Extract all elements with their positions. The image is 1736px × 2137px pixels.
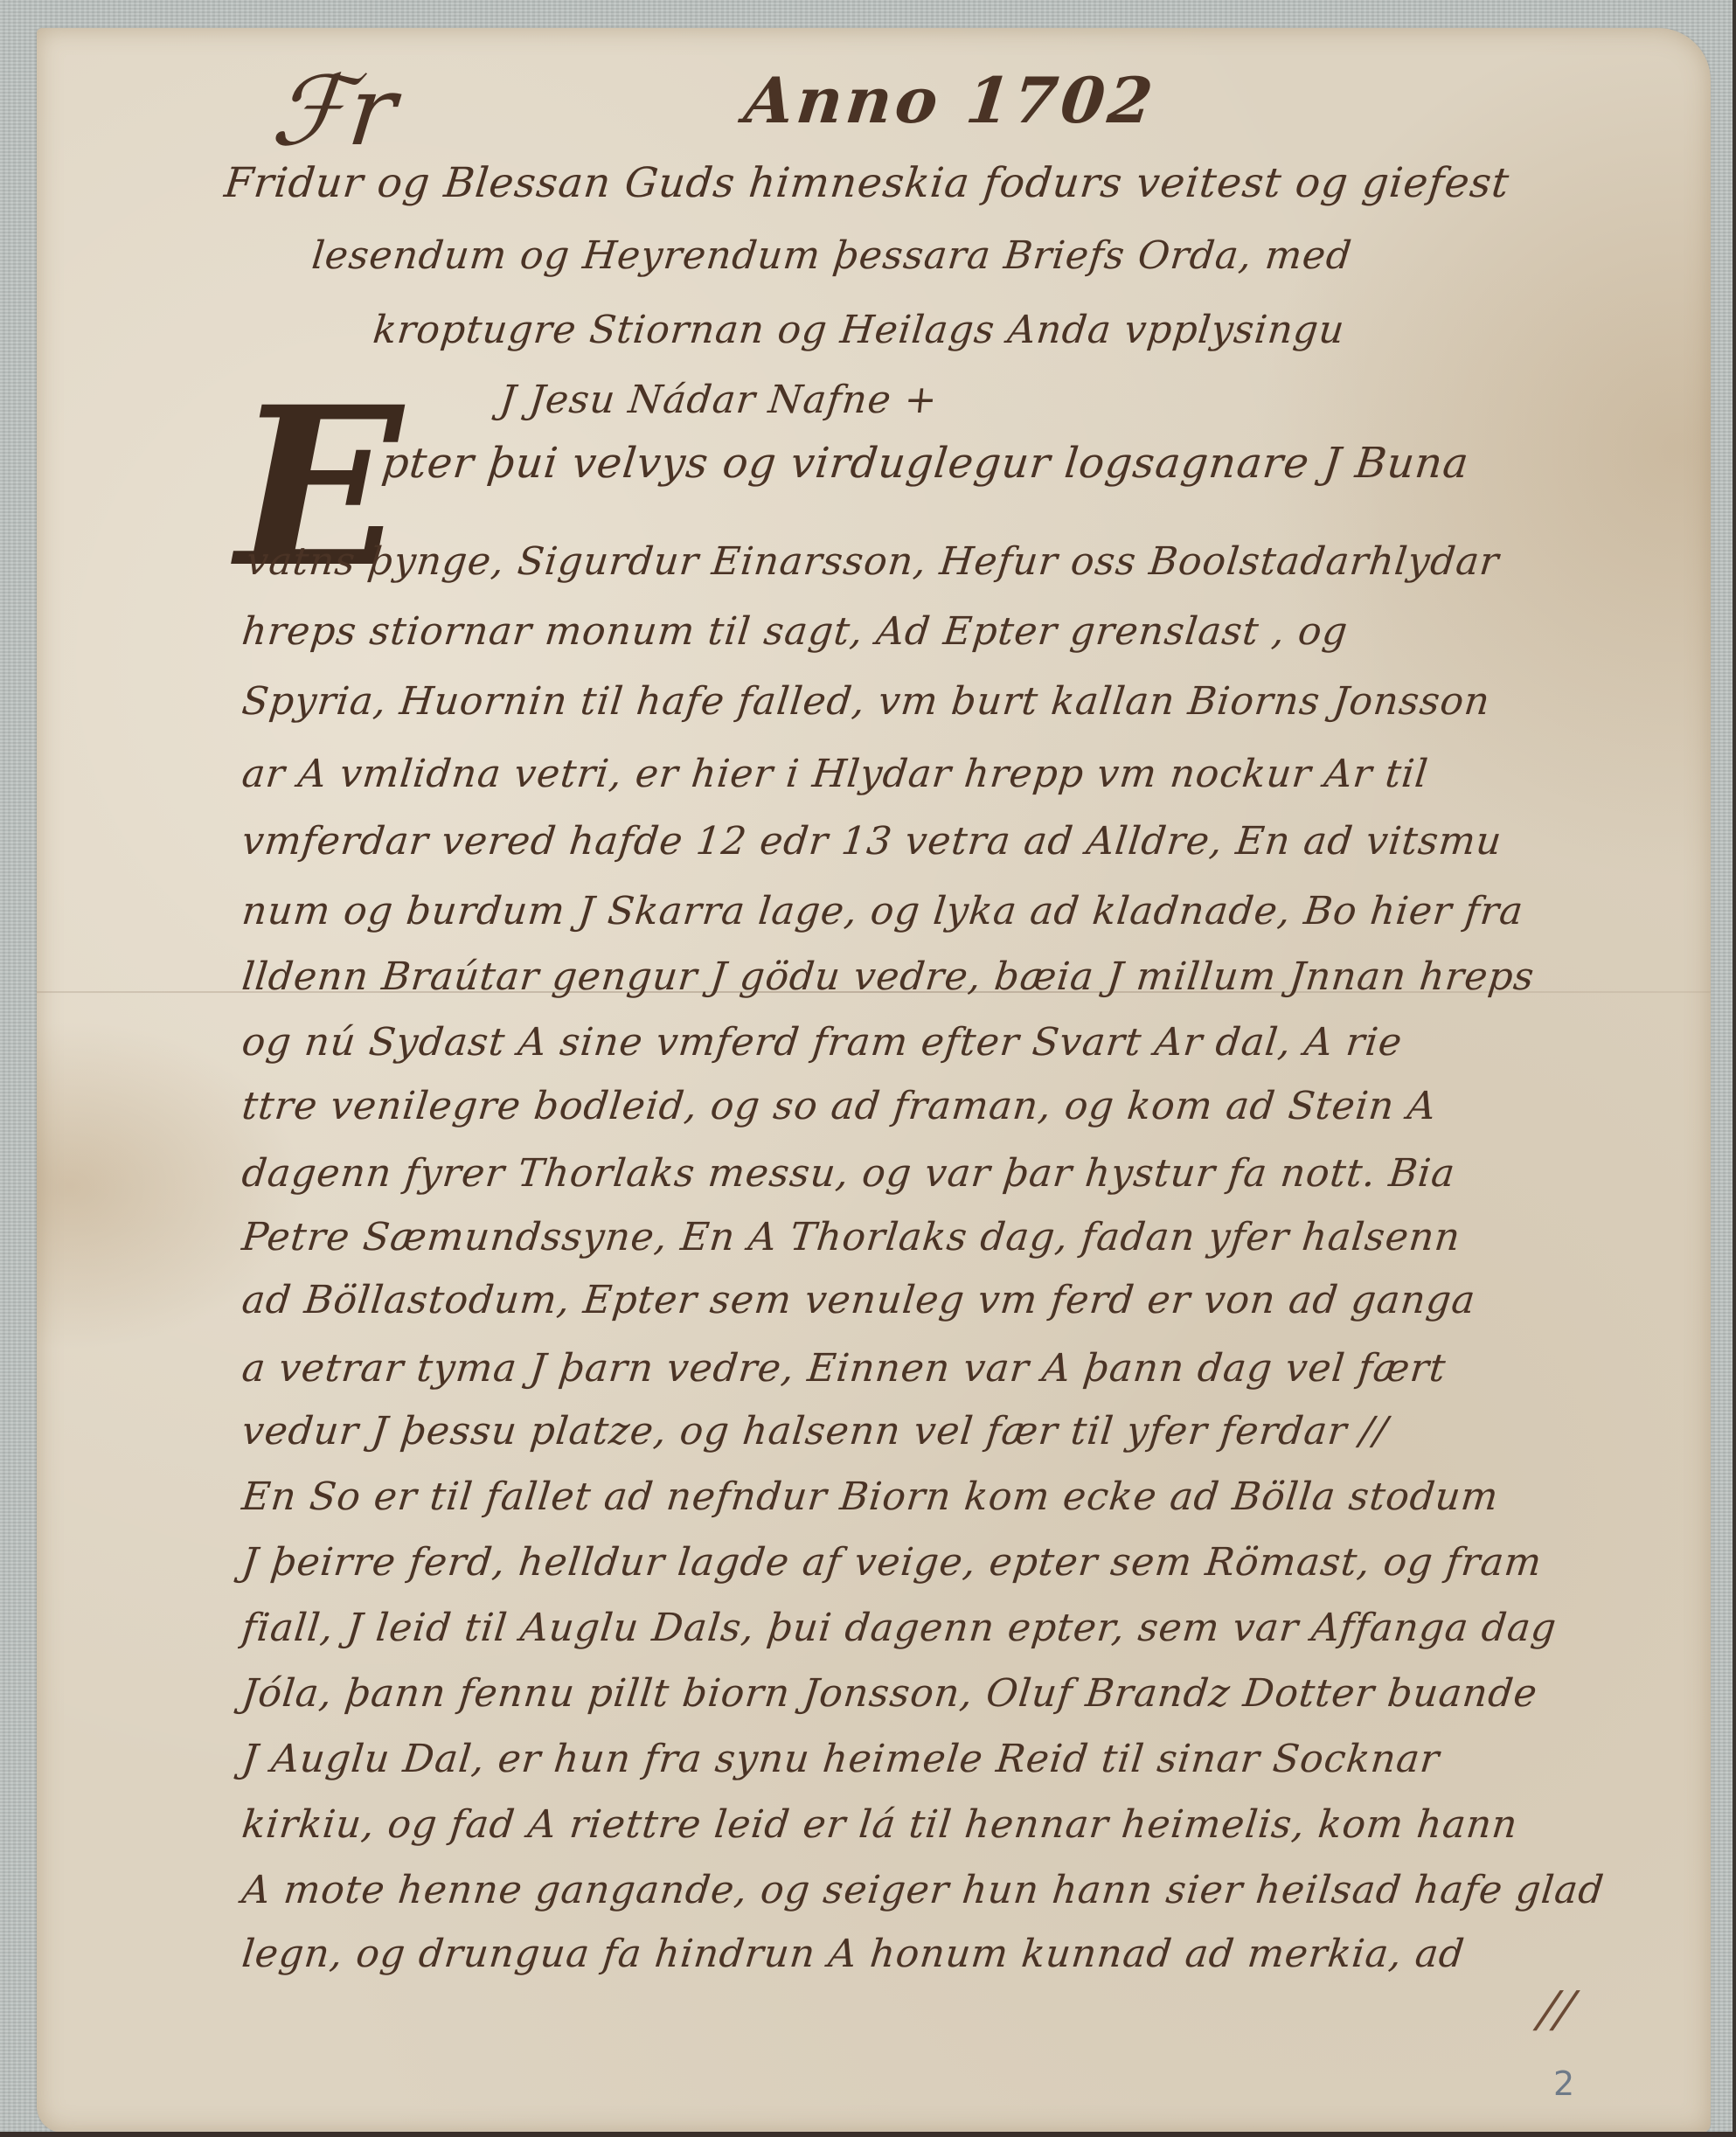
text-line: og nú Sydast A sine vmferd fram efter Sv… <box>240 1020 1405 1065</box>
salutation-line: Fridur og Blessan Guds himneskia fodurs … <box>222 159 1511 207</box>
text-line: Jóla, þann fennu pillt biorn Jonsson, Ol… <box>240 1671 1539 1716</box>
text-line: J Auglu Dal, er hun fra synu heimele Rei… <box>240 1737 1441 1781</box>
text-line: pter þui velvys og virduglegur logsagnar… <box>379 439 1471 488</box>
document-title: Anno 1702 <box>741 63 1160 137</box>
scan-frame-bottom <box>0 2132 1736 2137</box>
text-line: ar A vmlidna vetri, er hier i Hlydar hre… <box>240 752 1430 796</box>
text-line: vedur J þessu platze, og halsenn vel fær… <box>240 1409 1390 1454</box>
text-line: a vetrar tyma J þarn vedre, Einnen var A… <box>240 1346 1448 1391</box>
continuation-marks: // <box>1530 1981 1583 2038</box>
text-line: Spyria, Huornin til hafe falled, vm burt… <box>240 679 1492 724</box>
text-line: En So er til fallet ad nefndur Biorn kom… <box>240 1474 1501 1519</box>
text-line: kirkiu, og fad A riettre leid er lá til … <box>240 1802 1520 1847</box>
text-line: A mote henne gangande, og seiger hun han… <box>240 1868 1606 1912</box>
salutation-line: J Jesu Nádar Nafne + <box>497 378 940 422</box>
text-line: J þeirre ferd, helldur lagde af veige, e… <box>240 1540 1544 1585</box>
text-line: dagenn fyrer Thorlaks messu, og var þar … <box>240 1151 1457 1196</box>
text-line: hreps stiornar monum til sagt, Ad Epter … <box>240 609 1350 654</box>
text-line: ttre venilegre bodleid, og so ad framan,… <box>240 1084 1438 1128</box>
salutation-line: lesendum og Heyrendum þessara Briefs Ord… <box>309 233 1354 278</box>
text-line: Petre Sæmundssyne, En A Thorlaks dag, fa… <box>240 1215 1462 1259</box>
text-line: num og burdum J Skarra lage, og lyka ad … <box>240 889 1525 933</box>
text-line: ad Böllastodum, Epter sem venuleg vm fer… <box>240 1278 1477 1322</box>
text-line: lldenn Braútar gengur J gödu vedre, bæia… <box>240 954 1537 999</box>
salutation-line: kroptugre Stiornan og Heilags Anda vpply… <box>371 308 1347 352</box>
text-line: fiall, J leid til Auglu Dals, þui dagenn… <box>240 1606 1559 1650</box>
corner-flourish-mark: ℱr <box>267 63 401 159</box>
scan-frame-edge <box>1733 0 1736 2137</box>
text-line: vatns þynge, Sigurdur Einarsson, Hefur o… <box>244 539 1501 584</box>
page-number: 2 <box>1553 2064 1574 2103</box>
text-line: vmferdar vered hafde 12 edr 13 vetra ad … <box>240 819 1503 864</box>
text-line: legn, og drungua fa hindrun A honum kunn… <box>240 1932 1467 1976</box>
manuscript-page: ℱr Anno 1702 Fridur og Blessan Guds himn… <box>37 28 1711 2133</box>
